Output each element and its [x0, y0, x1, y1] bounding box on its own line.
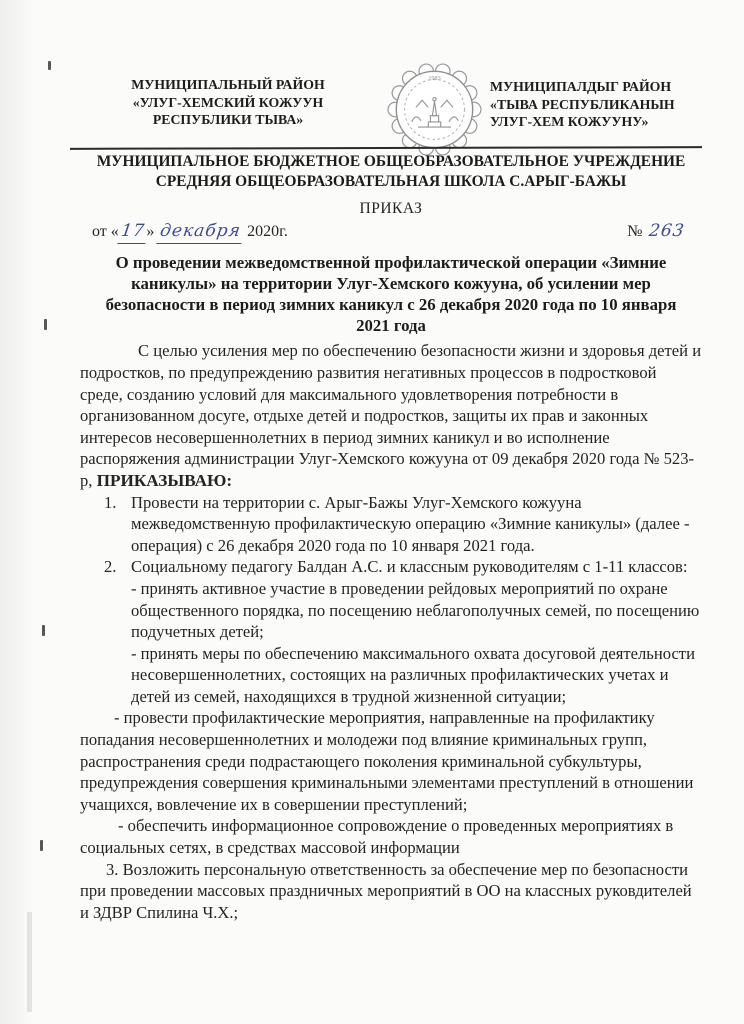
- order-title: О проведении межведомственной профилакти…: [89, 253, 693, 336]
- scan-edge-shadow: [0, 0, 34, 1024]
- intro-paragraph: С целью усиления мер по обеспечению безо…: [80, 340, 702, 491]
- letterhead-russian-block: МУНИЦИПАЛЬНЫЙ РАЙОН «УЛУГ-ХЕМСКИЙ КОЖУУН…: [78, 70, 378, 129]
- letterhead-tuvan-block: МУНИЦИПАЛДЫГ РАЙОН «ТЫВА РЕСПУБЛИКАНЫН У…: [490, 70, 706, 131]
- list-item: 1. Провести на территории с. Арыг-Бажы У…: [104, 492, 702, 557]
- list-item-text: Провести на территории с. Арыг-Бажы Улуг…: [131, 492, 702, 557]
- letterhead-line: РЕСПУБЛИКИ ТЫВА»: [78, 111, 378, 129]
- intro-text: С целью усиления мер по обеспечению безо…: [80, 341, 701, 490]
- list-item-number: 1.: [104, 492, 131, 557]
- handwritten-number: 263: [645, 221, 687, 243]
- scan-artifact-mark: [40, 840, 43, 851]
- organization-name-line: СРЕДНЯЯ ОБЩЕОБРАЗОВАТЕЛЬНАЯ ШКОЛА С.АРЫГ…: [80, 172, 702, 192]
- body-paragraph: - обеспечить информационное сопровождени…: [80, 815, 702, 858]
- list-item-number: 2.: [104, 556, 131, 578]
- document-date: от «17» декабря 2020г.: [92, 221, 288, 244]
- coat-of-arms-seal: 1983: [387, 62, 482, 157]
- seal-icon: 1983: [387, 62, 482, 157]
- list-item: 2. Социальному педагогу Балдан А.С. и кл…: [104, 556, 702, 578]
- dash-sub-item: - принять меры по обеспечению максимальн…: [131, 643, 702, 708]
- letterhead-line: «УЛУГ-ХЕМСКИЙ КОЖУУН: [78, 94, 378, 112]
- list-item-text: Социальному педагогу Балдан А.С. и класс…: [131, 556, 702, 578]
- letterhead: МУНИЦИПАЛЬНЫЙ РАЙОН «УЛУГ-ХЕМСКИЙ КОЖУУН…: [78, 70, 706, 157]
- document-body: МУНИЦИПАЛЬНОЕ БЮДЖЕТНОЕ ОБЩЕОБРАЗОВАТЕЛЬ…: [80, 152, 702, 923]
- organization-name: МУНИЦИПАЛЬНОЕ БЮДЖЕТНОЕ ОБЩЕОБРАЗОВАТЕЛЬ…: [80, 152, 702, 191]
- seal-year-text: 1983: [428, 75, 440, 82]
- body-paragraph: - провести профилактические мероприятия,…: [80, 707, 702, 815]
- date-and-number-row: от «17» декабря 2020г. № 263: [80, 221, 702, 244]
- date-suffix: 2020г.: [247, 223, 288, 240]
- body-paragraph: 3. Возложить персональную ответственност…: [80, 859, 702, 924]
- letterhead-line: МУНИЦИПАЛЬНЫЙ РАЙОН: [78, 76, 378, 94]
- ordered-list: 1. Провести на территории с. Арыг-Бажы У…: [104, 492, 702, 708]
- document-type-heading: ПРИКАЗ: [80, 198, 702, 220]
- letterhead-line: МУНИЦИПАЛДЫГ РАЙОН: [490, 78, 706, 96]
- scan-artifact-mark: [48, 61, 51, 70]
- document-number: № 263: [627, 221, 686, 243]
- date-prefix: от «: [92, 223, 119, 240]
- handwritten-day: 17: [117, 221, 148, 244]
- scan-artifact-mark: [44, 319, 47, 330]
- intro-directive-word: ПРИКАЗЫВАЮ:: [97, 471, 233, 490]
- scan-artifact-strip: [27, 912, 32, 1012]
- scan-artifact-mark: [42, 625, 45, 636]
- letterhead-line: УЛУГ-ХЕМ КОЖУУНУ»: [490, 113, 706, 131]
- handwritten-month: декабря: [157, 221, 245, 244]
- letterhead-line: «ТЫВА РЕСПУБЛИКАНЫН: [490, 96, 706, 114]
- organization-name-line: МУНИЦИПАЛЬНОЕ БЮДЖЕТНОЕ ОБЩЕОБРАЗОВАТЕЛЬ…: [80, 152, 702, 172]
- dash-sub-item: - принять активное участие в проведении …: [131, 578, 702, 643]
- number-label: №: [627, 223, 642, 240]
